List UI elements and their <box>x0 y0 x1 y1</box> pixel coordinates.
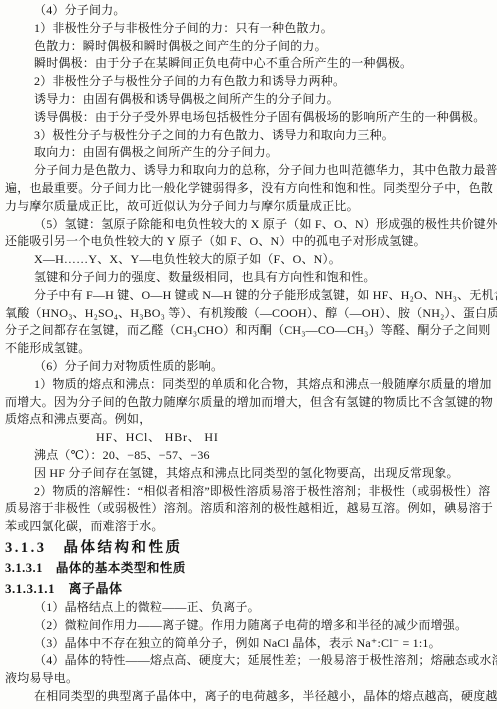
text-line: 分子间力是色散力、诱导力和取向力的总称，分子间力也叫范德华力，其中色散力最普 <box>5 162 493 180</box>
text-line: 诱导偶极：由于分子受外界电场包括极性分子固有偶极场的影响所产生的一种偶极。 <box>5 109 493 127</box>
text-line: 因 HF 分子间存在氢键，其熔点和沸点比同类型的氢化物要高，出现反常现象。 <box>5 465 493 483</box>
section-heading: 3.1.3 晶体结构和性质 <box>5 538 493 559</box>
section-heading: 3.1.3.1 晶体的基本类型和性质 <box>5 559 493 578</box>
text-line: 1）物质的熔点和沸点：同类型的单质和化合物，其熔点和沸点一般随摩尔质量的增加 <box>5 376 493 394</box>
text-line: 还能吸引另一个电负性较大的 Y 原子（如 F、O、N）中的孤电子对形成氢键。 <box>5 233 493 251</box>
text-line: 色散力：瞬时偶极和瞬时偶极之间产生的分子间的力。 <box>5 38 493 56</box>
text-line: 液均易导电。 <box>5 670 493 688</box>
text-line: （2）微粒间作用力——离子键。作用力随离子电荷的增多和半径的减少而增强。 <box>5 617 493 635</box>
text-line: HF、HCl、 HBr、 HI <box>5 429 493 447</box>
text-line: 取向力：由固有偶极之间所产生的分子间力。 <box>5 144 493 162</box>
text-line: 诱导力：由固有偶极和诱导偶极之间所产生的分子间力。 <box>5 91 493 109</box>
text-line: 质熔点和沸点要高。例如， <box>5 411 493 429</box>
text-line: （1）晶格结点上的微粒——正、负离子。 <box>5 599 493 617</box>
text-line: （5）氢键：氢原子除能和电负性较大的 X 原子（如 F、O、N）形成强的极性共价… <box>5 216 493 234</box>
text-line: 不能形成氢键。 <box>5 340 493 358</box>
document-body: （4）分子间力。1）非极性分子与非极性分子间的力：只有一种色散力。色散力：瞬时偶… <box>5 2 493 706</box>
text-line: 在相同类型的典型离子晶体中，离子的电荷越多，半径越小，晶体的熔点越高，硬度越 <box>5 688 493 706</box>
text-line: 瞬时偶极：由于分子在某瞬间正负电荷中心不重合所产生的一种偶极。 <box>5 55 493 73</box>
text-line: 2）非极性分子与极性分子间的力有色散力和诱导力两种。 <box>5 73 493 91</box>
text-line: 分子之间都存在氢键，而乙醛（CH₃CHO）和丙酮（CH₃—CO—CH₃）等醛、酮… <box>5 322 493 340</box>
text-line: 分子中有 F—H 键、O—H 键或 N—H 键的分子能形成氢键，如 HF、H₂O… <box>5 287 493 305</box>
text-line: 1）非极性分子与非极性分子间的力：只有一种色散力。 <box>5 20 493 38</box>
text-line: 2）物质的溶解性：“相似者相溶”即极性溶质易溶于极性溶剂；非极性（或弱极性）溶 <box>5 483 493 501</box>
text-line: 而增大。因为分子间的色散力随摩尔质量的增加而增大，但含有氢键的物质比不含氢键的物 <box>5 394 493 412</box>
text-line: 遍，也最重要。分子间力比一般化学键弱得多，没有方向性和饱和性。同类型分子中，色散 <box>5 180 493 198</box>
text-line: 3）极性分子与极性分子之间的力有色散力、诱导力和取向力三种。 <box>5 127 493 145</box>
textbook-page: （4）分子间力。1）非极性分子与非极性分子间的力：只有一种色散力。色散力：瞬时偶… <box>0 0 497 709</box>
text-line: 沸点（℃）：20、−85、−57、−36 <box>5 447 493 465</box>
text-line: 质易溶于非极性（或弱极性）溶剂。溶质和溶剂的极性越相近，越易互溶。例如，碘易溶于 <box>5 500 493 518</box>
text-line: （4）晶体的特性——熔点高、硬度大；延展性差；一般易溶于极性溶剂；熔融态或水溶 <box>5 652 493 670</box>
text-line: 苯或四氯化碳，而难溶于水。 <box>5 518 493 536</box>
text-line: （4）分子间力。 <box>5 2 493 20</box>
text-line: X—H……Y、X、Y—电负性较大的原子如（F、O、N）。 <box>5 251 493 269</box>
text-line: （3）晶体中不存在独立的简单分子，例如 NaCl 晶体，表示 Na⁺:Cl⁻ =… <box>5 635 493 653</box>
text-line: 氧酸（HNO₃、H₂SO₄、H₃BO₃ 等）、有机羧酸（—COOH）、醇（—OH… <box>5 305 493 323</box>
text-line: 氢键和分子间力的强度、数量级相同，也具有方向性和饱和性。 <box>5 269 493 287</box>
text-line: （6）分子间力对物质性质的影响。 <box>5 358 493 376</box>
section-heading: 3.1.3.1.1 离子晶体 <box>5 578 493 599</box>
text-line: 力与摩尔质量成正比，故可近似认为分子间力与摩尔质量成正比。 <box>5 198 493 216</box>
